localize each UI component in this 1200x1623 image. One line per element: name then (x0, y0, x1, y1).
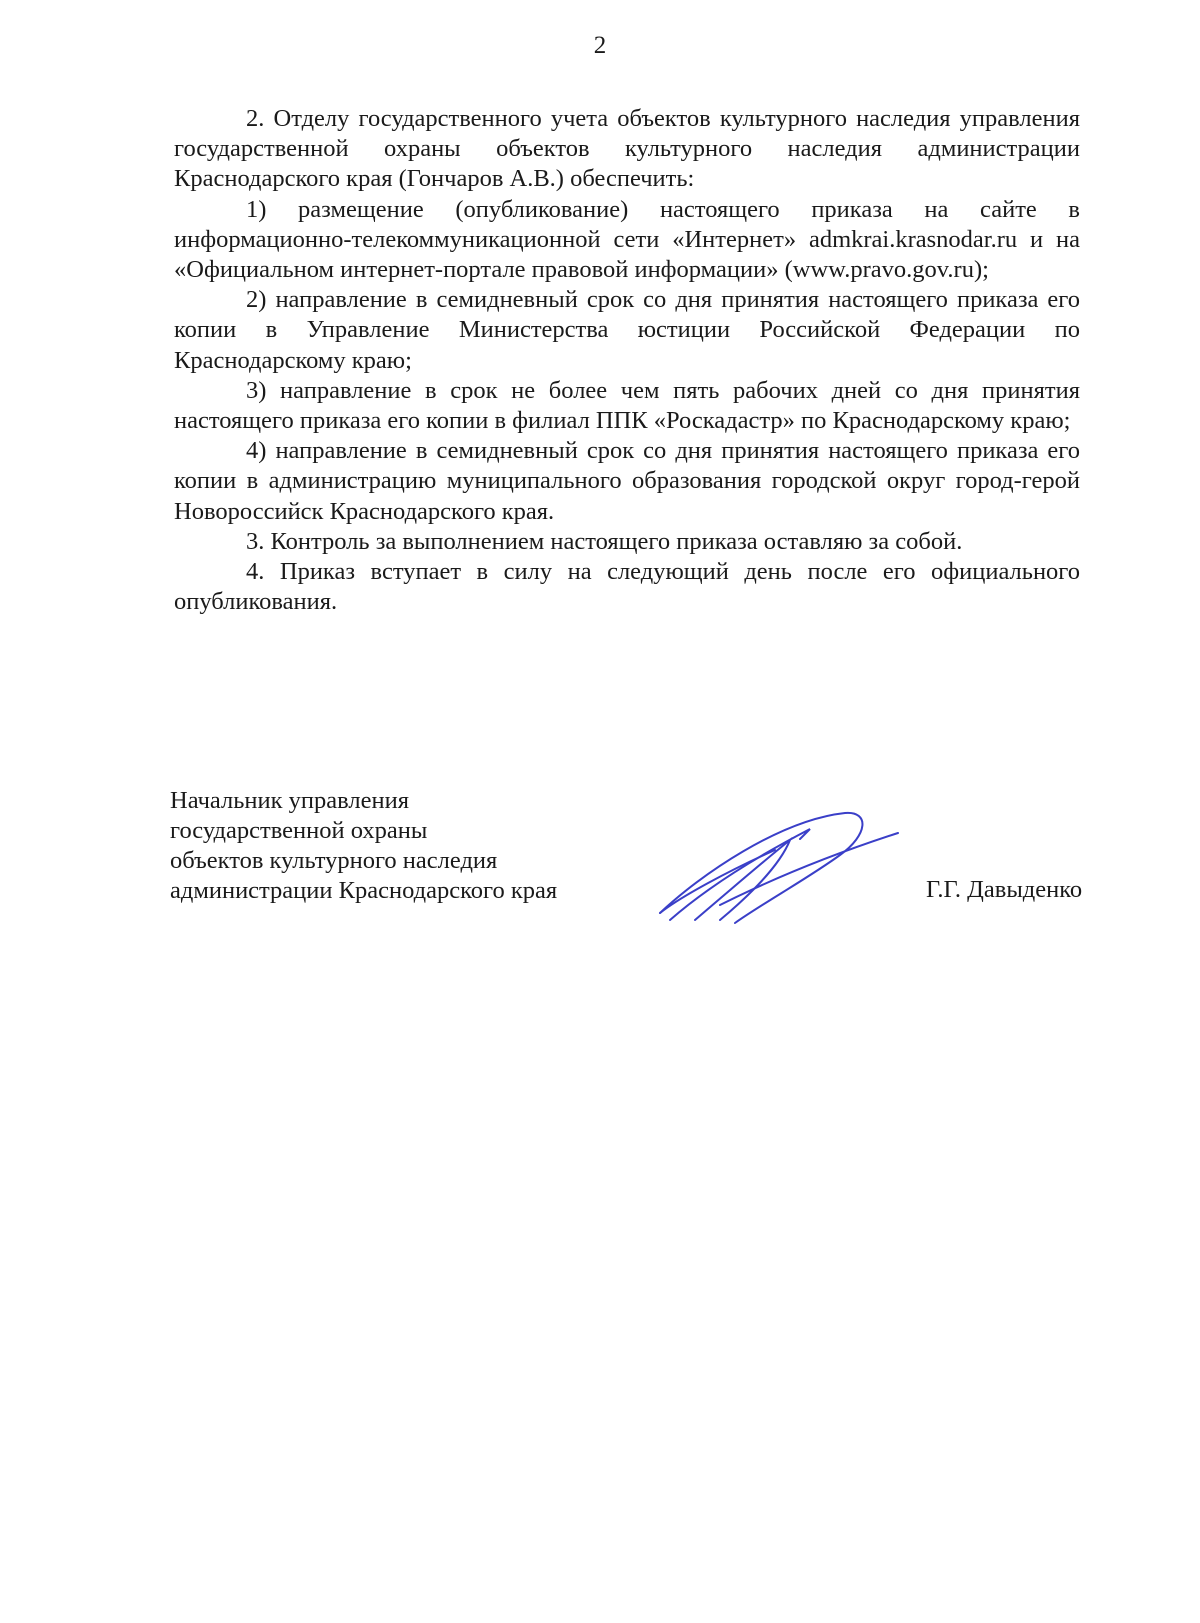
document-body: 2. Отделу государственного учета объекто… (174, 104, 1080, 617)
paragraph-item-3: 3. Контроль за выполнением настоящего пр… (174, 527, 1080, 557)
paragraph-subitem-4: 4) направление в семидневный срок со дня… (174, 436, 1080, 527)
paragraph-item-2: 2. Отделу государственного учета объекто… (174, 104, 1080, 195)
signer-title-line: государственной охраны (170, 816, 557, 846)
paragraph-subitem-2: 2) направление в семидневный срок со дня… (174, 285, 1080, 376)
paragraph-subitem-1: 1) размещение (опубликование) настоящего… (174, 195, 1080, 286)
paragraph-subitem-3: 3) направление в срок не более чем пять … (174, 376, 1080, 436)
signer-title: Начальник управления государственной охр… (170, 786, 557, 906)
signer-title-line: администрации Краснодарского края (170, 876, 557, 906)
signer-title-line: Начальник управления (170, 786, 557, 816)
signer-name: Г.Г. Давыденко (926, 876, 1082, 904)
page-number: 2 (0, 32, 1200, 60)
handwritten-signature-icon (640, 795, 900, 925)
paragraph-item-4: 4. Приказ вступает в силу на следующий д… (174, 557, 1080, 617)
signer-title-line: объектов культурного наследия (170, 846, 557, 876)
